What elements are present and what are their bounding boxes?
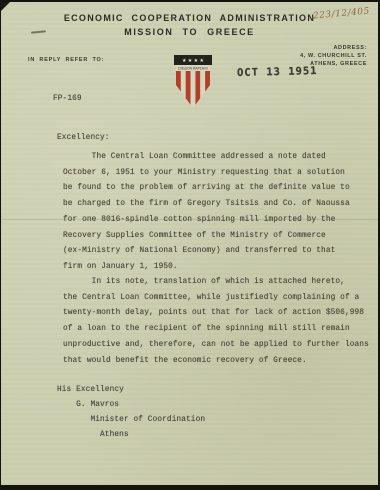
emblem-stars: ★ ★ ★ ★ bbox=[182, 58, 205, 64]
letter-line: firm on January 1, 1950. bbox=[63, 260, 350, 276]
letter-line: The Central Loan Committee addressed a n… bbox=[63, 150, 350, 166]
letter-line: October 6, 1951 to your Ministry request… bbox=[63, 166, 350, 182]
paragraph-2: In its note, translation of which is att… bbox=[63, 275, 369, 369]
letter-line: that would benefit the economic recovery… bbox=[63, 354, 369, 370]
letter-line: unproductive and, therefore, can not be … bbox=[63, 338, 369, 354]
letter-line: the Central Loan Committee, while justif… bbox=[63, 291, 369, 307]
letter-line: for one 8016-spindle cotton spinning mil… bbox=[63, 213, 350, 229]
letter-line: (ex-Ministry of National Economy) and tr… bbox=[63, 244, 350, 260]
reply-refer-label: IN REPLY REFER TO: bbox=[28, 57, 104, 63]
received-date-stamp: OCT 13 1951 bbox=[237, 65, 318, 79]
address-label: ADDRESS: bbox=[300, 44, 367, 52]
marshall-plan-shield-emblem: ★ ★ ★ ★ ΣΧΕΔΙΟΝ ΜΑΡΣΑΛΛ bbox=[174, 55, 212, 108]
letter-line: be found to the problem of arriving at t… bbox=[63, 181, 350, 197]
scanned-letter: 223/12/405 ECONOMIC COOPERATION ADMINIST… bbox=[0, 0, 380, 490]
letter-line: twenty-month delay, points out that for … bbox=[63, 306, 369, 322]
emblem-stripes bbox=[176, 71, 210, 108]
letter-line: Recovery Supplies Committee of the Minis… bbox=[63, 229, 350, 245]
reference-number: FP-169 bbox=[53, 95, 82, 103]
emblem-caption: ΣΧΕΔΙΟΝ ΜΑΡΣΑΛΛ bbox=[178, 66, 209, 70]
corner-fold-mark bbox=[1, 2, 10, 11]
organization-name: ECONOMIC COOPERATION ADMINISTRATION bbox=[1, 13, 378, 23]
salutation: Excellency: bbox=[57, 134, 110, 142]
letter-line: G. Mavros bbox=[57, 398, 205, 413]
letter-line: His Excellency bbox=[57, 383, 205, 398]
addressee-block: His Excellency G. Mavros Minister of Coo… bbox=[57, 383, 205, 443]
letter-line: Minister of Coordination bbox=[57, 413, 205, 428]
paragraph-1: The Central Loan Committee addressed a n… bbox=[63, 150, 350, 276]
letter-line: of a loan to the recipient of the spinni… bbox=[63, 322, 369, 338]
address-street: 4, W. CHURCHILL ST. bbox=[300, 52, 367, 60]
letter-page: 223/12/405 ECONOMIC COOPERATION ADMINIST… bbox=[1, 2, 378, 485]
letter-line: Athens bbox=[57, 428, 205, 443]
letter-line: In its note, translation of which is att… bbox=[63, 275, 369, 291]
mission-name: MISSION TO GREECE bbox=[1, 27, 378, 37]
letter-line: be charged to the firm of Gregory Tsitsi… bbox=[63, 197, 350, 213]
